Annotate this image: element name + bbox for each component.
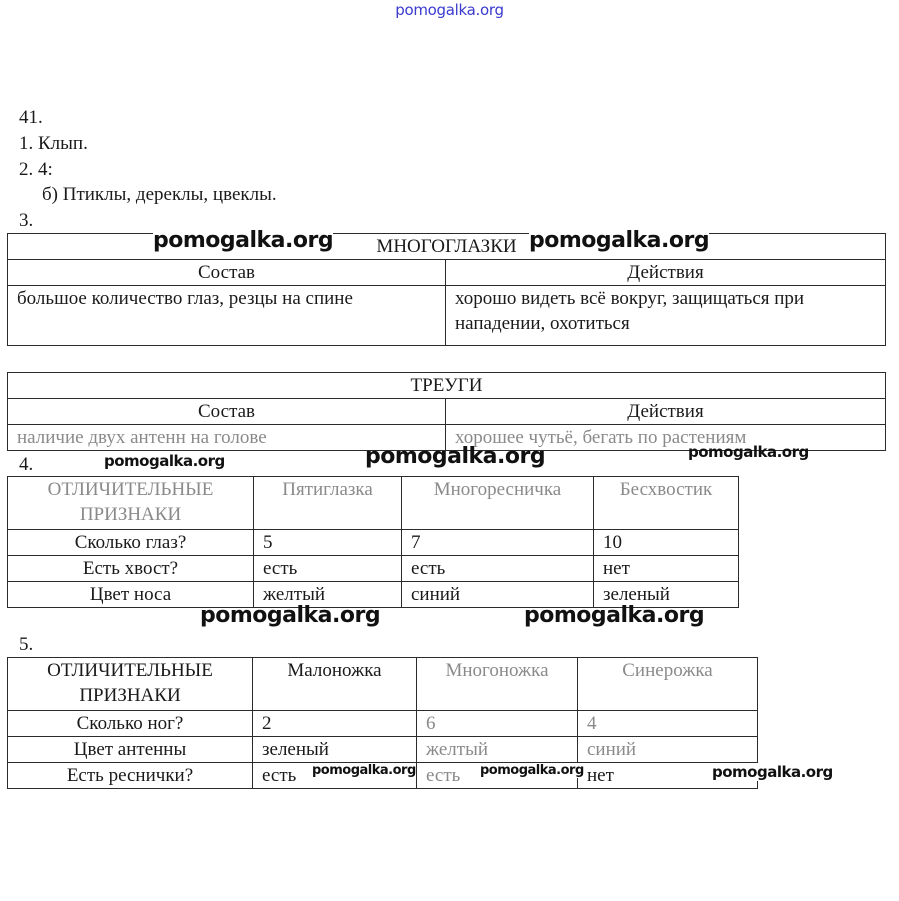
header-col-1: Пятиглазка — [254, 477, 402, 530]
answer-1: 1. Клып. — [19, 131, 88, 157]
table-row: Сколько ног? 2 6 4 — [8, 711, 758, 737]
watermark: pomogalka.org — [529, 228, 709, 253]
table-title-row: МНОГОГЛАЗКИ — [8, 234, 886, 260]
table-cell: есть — [402, 556, 594, 582]
table-title: МНОГОГЛАЗКИ — [8, 234, 886, 260]
answer-2: 2. 4: — [19, 157, 53, 183]
header-col-3: Бесхвостик — [594, 477, 739, 530]
table-header-row: ОТЛИЧИТЕЛЬНЫЕ ПРИЗНАКИ Пятиглазка Многор… — [8, 477, 739, 530]
table-row: Сколько глаз? 5 7 10 — [8, 530, 739, 556]
cell-sostav: большое количество глаз, резцы на спине — [8, 286, 446, 346]
table-cell: 2 — [253, 711, 417, 737]
watermark: pomogalka.org — [312, 763, 416, 778]
table-cell: 6 — [417, 711, 578, 737]
answer-2b: б) Птиклы, дереклы, цвеклы. — [42, 182, 277, 208]
table-title: ТРЕУГИ — [8, 373, 886, 399]
table-cell: 10 — [594, 530, 739, 556]
table-row: большое количество глаз, резцы на спине … — [8, 286, 886, 346]
row-label: Есть хвост? — [8, 556, 254, 582]
watermark: pomogalka.org — [104, 452, 225, 470]
header-features: ОТЛИЧИТЕЛЬНЫЕ ПРИЗНАКИ — [8, 658, 253, 711]
table-row: Есть хвост? есть есть нет — [8, 556, 739, 582]
row-label: Есть реснички? — [8, 763, 253, 789]
table-cell: нет — [594, 556, 739, 582]
table-cell: 4 — [578, 711, 758, 737]
table-cell: зеленый — [253, 737, 417, 763]
watermark: pomogalka.org — [688, 443, 809, 461]
table-4-features: ОТЛИЧИТЕЛЬНЫЕ ПРИЗНАКИ Пятиглазка Многор… — [7, 476, 739, 608]
header-sostav: Состав — [8, 260, 446, 286]
row-label: Сколько глаз? — [8, 530, 254, 556]
answer-3-label: 3. — [19, 208, 33, 234]
watermark: pomogalka.org — [712, 763, 833, 781]
row-label: Цвет антенны — [8, 737, 253, 763]
header-col-2: Многоножка — [417, 658, 578, 711]
header-deystviya: Действия — [446, 399, 886, 425]
header-sostav: Состав — [8, 399, 446, 425]
table-row: Цвет антенны зеленый желтый синий — [8, 737, 758, 763]
exercise-number: 41. — [19, 105, 43, 131]
table-cell: синий — [578, 737, 758, 763]
watermark: pomogalka.org — [480, 763, 584, 778]
answer-5-label: 5. — [19, 632, 33, 658]
table-header-row: Состав Действия — [8, 399, 886, 425]
watermark: pomogalka.org — [524, 603, 704, 628]
header-col-3: Синерожка — [578, 658, 758, 711]
table-treugi: ТРЕУГИ Состав Действия наличие двух анте… — [7, 372, 886, 451]
watermark: pomogalka.org — [153, 228, 333, 253]
table-cell: есть — [254, 556, 402, 582]
row-label: Сколько ног? — [8, 711, 253, 737]
top-watermark: pomogalka.org — [0, 1, 899, 19]
table-header-row: ОТЛИЧИТЕЛЬНЫЕ ПРИЗНАКИ Малоножка Многоно… — [8, 658, 758, 711]
table-cell: 5 — [254, 530, 402, 556]
watermark: pomogalka.org — [365, 444, 545, 469]
header-deystviya: Действия — [446, 260, 886, 286]
table-cell: 7 — [402, 530, 594, 556]
watermark: pomogalka.org — [200, 603, 380, 628]
answer-4-label: 4. — [19, 452, 33, 478]
table-mnogoglazki: МНОГОГЛАЗКИ Состав Действия большое коли… — [7, 233, 886, 346]
table-header-row: Состав Действия — [8, 260, 886, 286]
cell-deystviya: хорошо видеть всё вокруг, защищаться при… — [446, 286, 886, 346]
header-features: ОТЛИЧИТЕЛЬНЫЕ ПРИЗНАКИ — [8, 477, 254, 530]
table-title-row: ТРЕУГИ — [8, 373, 886, 399]
header-col-2: Многоресничка — [402, 477, 594, 530]
table-cell: желтый — [417, 737, 578, 763]
header-col-1: Малоножка — [253, 658, 417, 711]
